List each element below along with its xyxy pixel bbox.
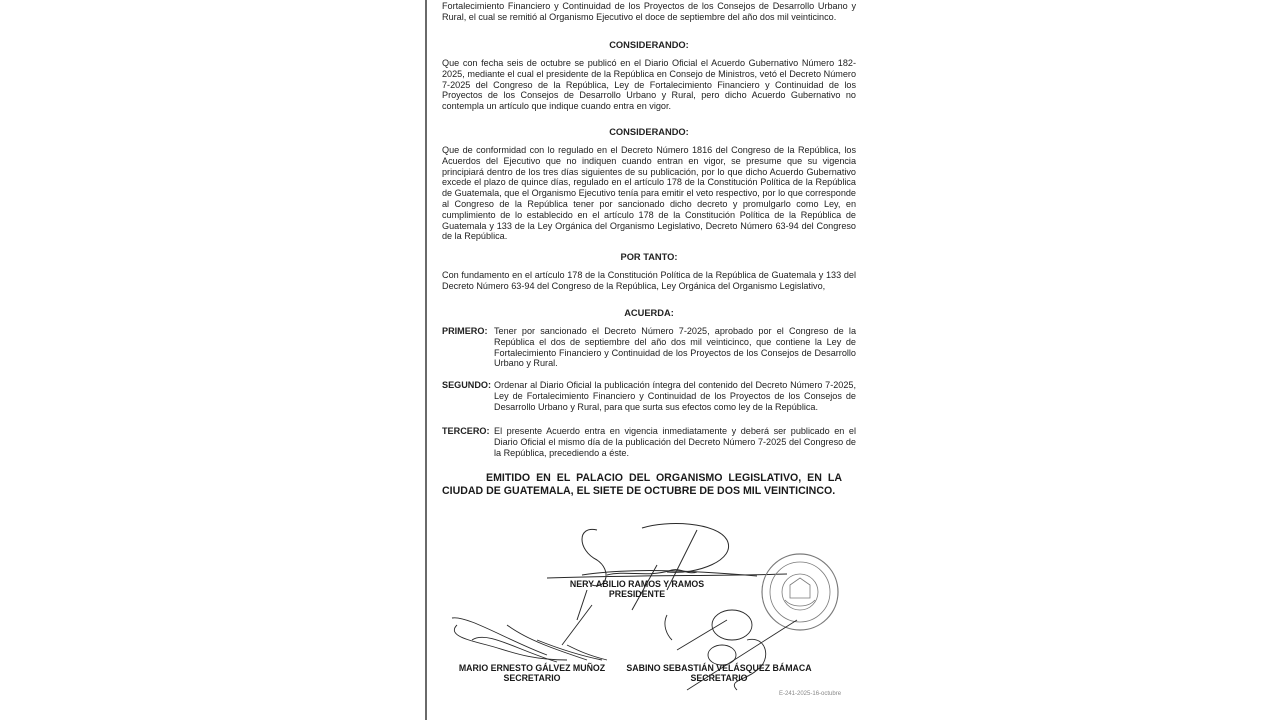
document-reference-footnote: E-241-2025-16-octubre: [779, 691, 841, 697]
president-name: NERY ABILIO RAMOS Y RAMOS: [532, 579, 742, 589]
considerando-paragraph-2: Que de conformidad con lo regulado en el…: [442, 145, 856, 242]
congress-seal-icon: [762, 554, 838, 630]
secretary-2-name: SABINO SEBASTIÁN VELÁSQUEZ BÁMACA: [599, 663, 839, 673]
article-text: Ordenar al Diario Oficial la publicación…: [494, 380, 856, 412]
por-tanto-heading: POR TANTO:: [442, 252, 856, 263]
secretary-1-title: SECRETARIO: [442, 673, 622, 683]
article-primero: PRIMERO: Tener por sancionado el Decreto…: [442, 326, 856, 369]
article-label: SEGUNDO:: [442, 380, 494, 412]
secretary-1-signature-icon: [452, 605, 607, 662]
article-tercero: TERCERO: El presente Acuerdo entra en vi…: [442, 426, 856, 458]
secretary-1-name: MARIO ERNESTO GÁLVEZ MUÑOZ: [442, 663, 622, 673]
document-page: Fortalecimiento Financiero y Continuidad…: [425, 0, 859, 720]
article-label: PRIMERO:: [442, 326, 494, 369]
considerando-heading-1: CONSIDERANDO:: [442, 40, 856, 51]
considerando-paragraph-1: Que con fecha seis de octubre se publicó…: [442, 58, 856, 112]
intro-paragraph: Fortalecimiento Financiero y Continuidad…: [442, 1, 856, 23]
secretary-2-title: SECRETARIO: [599, 673, 839, 683]
article-label: TERCERO:: [442, 426, 494, 458]
emitido-statement: EMITIDO EN EL PALACIO DEL ORGANISMO LEGI…: [442, 472, 842, 498]
president-title: PRESIDENTE: [532, 589, 742, 599]
considerando-heading-2: CONSIDERANDO:: [442, 127, 856, 138]
acuerda-heading: ACUERDA:: [442, 308, 856, 319]
por-tanto-paragraph: Con fundamento en el artículo 178 de la …: [442, 270, 856, 292]
president-signature-icon: [547, 524, 787, 620]
secretary-1-signature-block: MARIO ERNESTO GÁLVEZ MUÑOZ SECRETARIO: [442, 663, 622, 683]
article-text: Tener por sancionado el Decreto Número 7…: [494, 326, 856, 369]
secretary-2-signature-block: SABINO SEBASTIÁN VELÁSQUEZ BÁMACA SECRET…: [599, 663, 839, 683]
article-segundo: SEGUNDO: Ordenar al Diario Oficial la pu…: [442, 380, 856, 412]
article-text: El presente Acuerdo entra en vigencia in…: [494, 426, 856, 458]
president-signature-block: NERY ABILIO RAMOS Y RAMOS PRESIDENTE: [532, 579, 742, 599]
